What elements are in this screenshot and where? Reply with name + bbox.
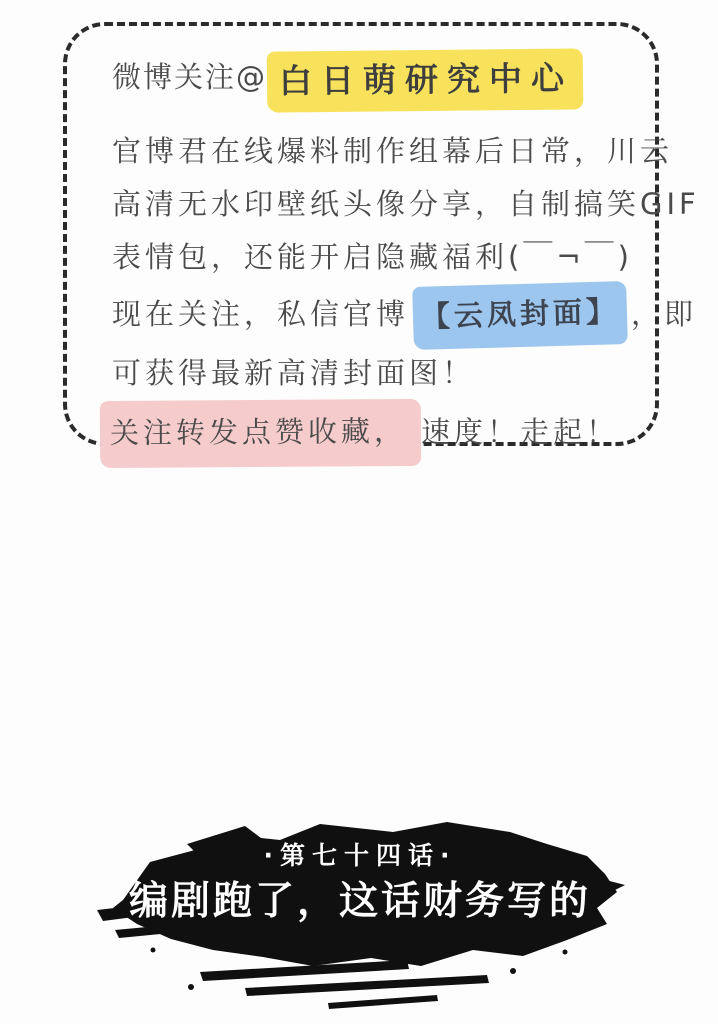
notice-line-6: 可获得最新高清封面图！ — [112, 347, 627, 400]
notice-line-4: 表情包，还能开启隐藏福利(￣¬￣) — [112, 231, 627, 284]
notice-line-7: 关注转发点赞收藏，速度！走起！ — [112, 400, 627, 467]
notice-line-2: 官博君在线爆料制作组幕后日常，川云 — [112, 125, 627, 178]
chapter-title-text: 编剧跑了，这话财务写的 — [95, 870, 625, 926]
notice-line-5: 现在关注，私信官博【云凤封面】，即 — [112, 284, 627, 347]
weibo-notice-box: 微博关注@白日萌研究中心 官博君在线爆料制作组幕后日常，川云 高清无水印壁纸头像… — [63, 22, 659, 446]
notice-line-3: 高清无水印壁纸头像分享，自制搞笑GIF — [112, 178, 627, 231]
dm-keyword-highlight: 【云凤封面】 — [412, 281, 628, 350]
call-to-action-highlight: 关注转发点赞收藏， — [100, 399, 421, 468]
dm-instruction-label: 现在关注，私信官博 — [112, 297, 409, 331]
chapter-title-block: ·第七十四话· 编剧跑了，这话财务写的 — [95, 800, 625, 1015]
weibo-follow-label: 微博关注@ — [112, 60, 267, 94]
comic-page: 微博关注@白日萌研究中心 官博君在线爆料制作组幕后日常，川云 高清无水印壁纸头像… — [0, 0, 718, 1024]
notice-title-line: 微博关注@白日萌研究中心 — [112, 50, 627, 111]
chapter-number-label: ·第七十四话· — [95, 836, 625, 872]
call-to-action-suffix: 速度！走起！ — [421, 415, 619, 449]
weibo-account-name-highlight: 白日萌研究中心 — [267, 48, 584, 112]
dm-instruction-suffix: ，即 — [631, 297, 697, 331]
